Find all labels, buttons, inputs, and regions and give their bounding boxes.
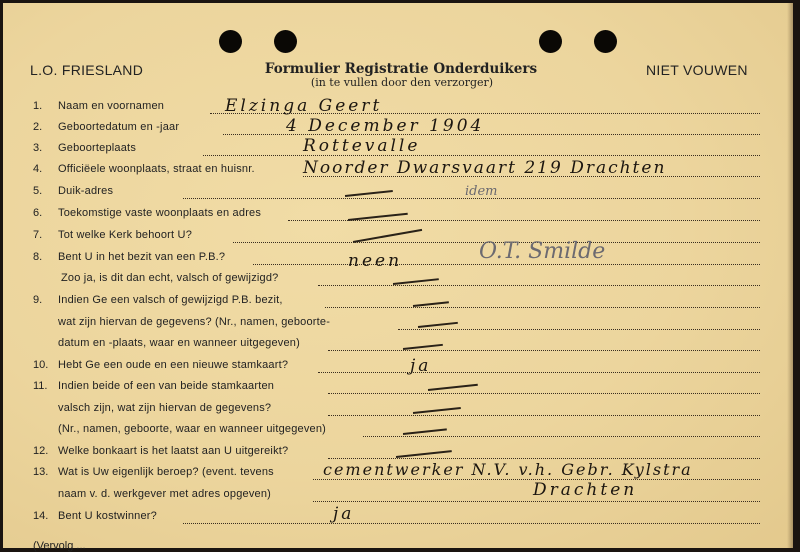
field-label: Indien Ge een valsch of gewijzigd P.B. b…: [58, 294, 283, 306]
field-number: 8.: [33, 251, 57, 263]
form-field-row: wat zijn hiervan de gegevens? (Nr., name…: [3, 313, 793, 333]
form-field-row: 9.Indien Ge een valsch of gewijzigd P.B.…: [3, 291, 793, 311]
field-label: Tot welke Kerk behoort U?: [58, 229, 192, 241]
field-label: Duik-adres: [58, 185, 113, 197]
form-field-row: 12.Welke bonkaart is het laatst aan U ui…: [3, 442, 793, 462]
field-label: Naam en voornamen: [58, 100, 164, 112]
form-field-row: 7.Tot welke Kerk behoort U?: [3, 226, 793, 246]
answer-line[interactable]: [203, 154, 760, 156]
punch-hole: [539, 30, 562, 53]
field-label: Geboorteplaats: [58, 142, 136, 154]
field-label: wat zijn hiervan de gegevens? (Nr., name…: [58, 316, 330, 328]
field-label: (Nr., namen, geboorte, waar en wanneer u…: [58, 423, 326, 435]
answer-line[interactable]: [318, 371, 760, 373]
answer-line[interactable]: [183, 522, 760, 524]
form-field-row: valsch zijn, wat zijn hiervan de gegeven…: [3, 399, 793, 419]
field-label: Bent U in het bezit van een P.B.?: [58, 251, 225, 263]
do-not-fold-label: NIET VOUWEN: [646, 62, 748, 78]
field-number: 13.: [33, 466, 57, 478]
field-number: 4.: [33, 163, 57, 175]
form-field-row: 5.Duik-adres: [3, 182, 793, 202]
punch-hole: [219, 30, 242, 53]
answer-line[interactable]: [313, 500, 760, 502]
form-field-row: naam v. d. werkgever met adres opgeven): [3, 485, 793, 505]
answer-occupation: cementwerker N.V. v.h. Gebr. Kylstra: [323, 460, 693, 479]
registration-form-card: L.O. FRIESLAND Formulier Registratie Ond…: [3, 3, 793, 543]
field-number: 14.: [33, 510, 57, 522]
field-label: Officiëele woonplaats, straat en huisnr.: [58, 163, 255, 175]
answer-line[interactable]: [328, 457, 760, 459]
answer-line[interactable]: [318, 284, 760, 286]
field-label: valsch zijn, wat zijn hiervan de gegeven…: [58, 402, 271, 414]
answer-name: Elzinga Geert: [225, 96, 382, 116]
answer-birthplace: Rottevalle: [303, 136, 420, 156]
field-number: 7.: [33, 229, 57, 241]
field-label: Welke bonkaart is het laatst aan U uitge…: [58, 445, 288, 457]
form-field-row: 1.Naam en voornamen: [3, 97, 793, 117]
form-field-row: Zoo ja, is dit dan echt, valsch of gewij…: [3, 269, 793, 289]
answer-employer-city: Drachten: [533, 480, 637, 500]
answer-line[interactable]: [328, 349, 760, 351]
field-label: datum en -plaats, waar en wanneer uitgeg…: [58, 337, 300, 349]
answer-stamkaart: ja: [410, 356, 431, 376]
answer-breadwinner: ja: [333, 504, 354, 524]
field-number: 5.: [33, 185, 57, 197]
answer-address: Noorder Dwarsvaart 219 Drachten: [303, 158, 666, 178]
field-number: 2.: [33, 121, 57, 133]
field-number: 12.: [33, 445, 57, 457]
field-label: Hebt Ge een oude en een nieuwe stamkaart…: [58, 359, 288, 371]
answer-pb: neen: [348, 251, 402, 271]
note-duik-adres: idem: [465, 184, 498, 199]
field-label: Bent U kostwinner?: [58, 510, 157, 522]
form-field-row: 14.Bent U kostwinner?: [3, 507, 793, 527]
form-field-row: 10.Hebt Ge een oude en een nieuwe stamka…: [3, 356, 793, 376]
field-number: 1.: [33, 100, 57, 112]
form-field-row: datum en -plaats, waar en wanneer uitgeg…: [3, 334, 793, 354]
answer-line[interactable]: [328, 392, 760, 394]
field-number: 3.: [33, 142, 57, 154]
field-label: naam v. d. werkgever met adres opgeven): [58, 488, 271, 500]
punch-hole: [594, 30, 617, 53]
field-label: Toekomstige vaste woonplaats en adres: [58, 207, 261, 219]
punch-hole: [274, 30, 297, 53]
field-label: Wat is Uw eigenlijk beroep? (event. teve…: [58, 466, 274, 478]
note-pencil-signature: O.T. Smilde: [479, 239, 605, 264]
answer-line[interactable]: [398, 328, 760, 330]
form-field-row: (Nr., namen, geboorte, waar en wanneer u…: [3, 420, 793, 440]
answer-line[interactable]: [328, 414, 760, 416]
answer-line[interactable]: [363, 435, 760, 437]
answer-line[interactable]: [325, 306, 760, 308]
field-label: Indien beide of een van beide stamkaarte…: [58, 380, 274, 392]
form-field-row: 11.Indien beide of een van beide stamkaa…: [3, 377, 793, 397]
field-number: 6.: [33, 207, 57, 219]
field-number: 11.: [33, 380, 57, 392]
answer-birthdate: 4 December 1904: [286, 116, 484, 136]
field-number: 9.: [33, 294, 57, 306]
field-number: 10.: [33, 359, 57, 371]
field-label: Zoo ja, is dit dan echt, valsch of gewij…: [61, 272, 279, 284]
field-label: Geboortedatum en -jaar: [58, 121, 179, 133]
